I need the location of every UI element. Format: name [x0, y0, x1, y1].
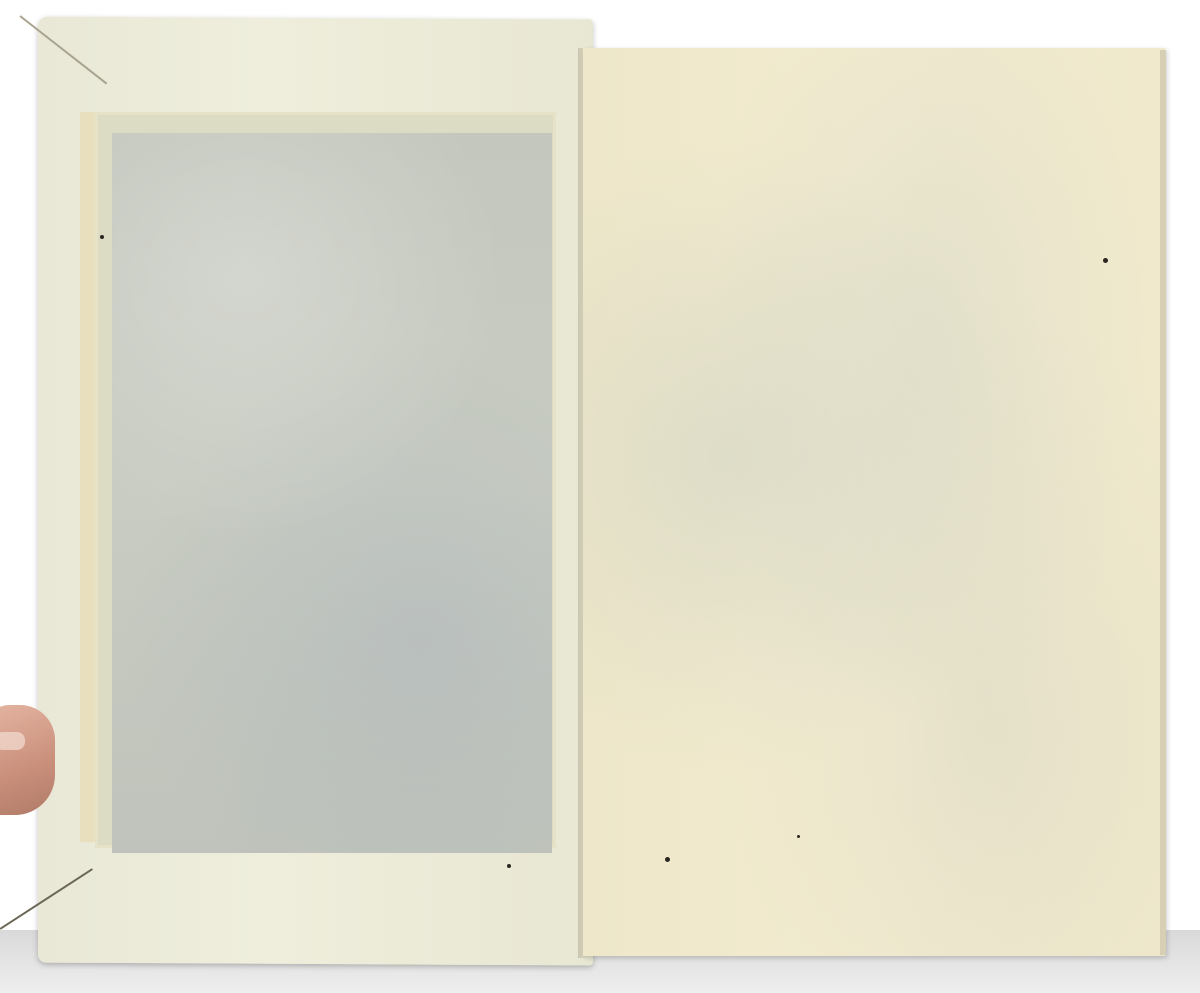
speck	[1103, 258, 1108, 263]
speck	[100, 235, 104, 239]
speck	[797, 835, 800, 838]
right-page-edge	[1160, 50, 1166, 955]
right-page	[583, 48, 1165, 956]
speck	[507, 864, 511, 868]
left-page-border-strip	[80, 112, 96, 842]
thumbnail-highlight	[0, 732, 25, 750]
thumb	[0, 705, 55, 815]
left-page-grey-panel	[112, 133, 552, 853]
speck	[665, 857, 670, 862]
